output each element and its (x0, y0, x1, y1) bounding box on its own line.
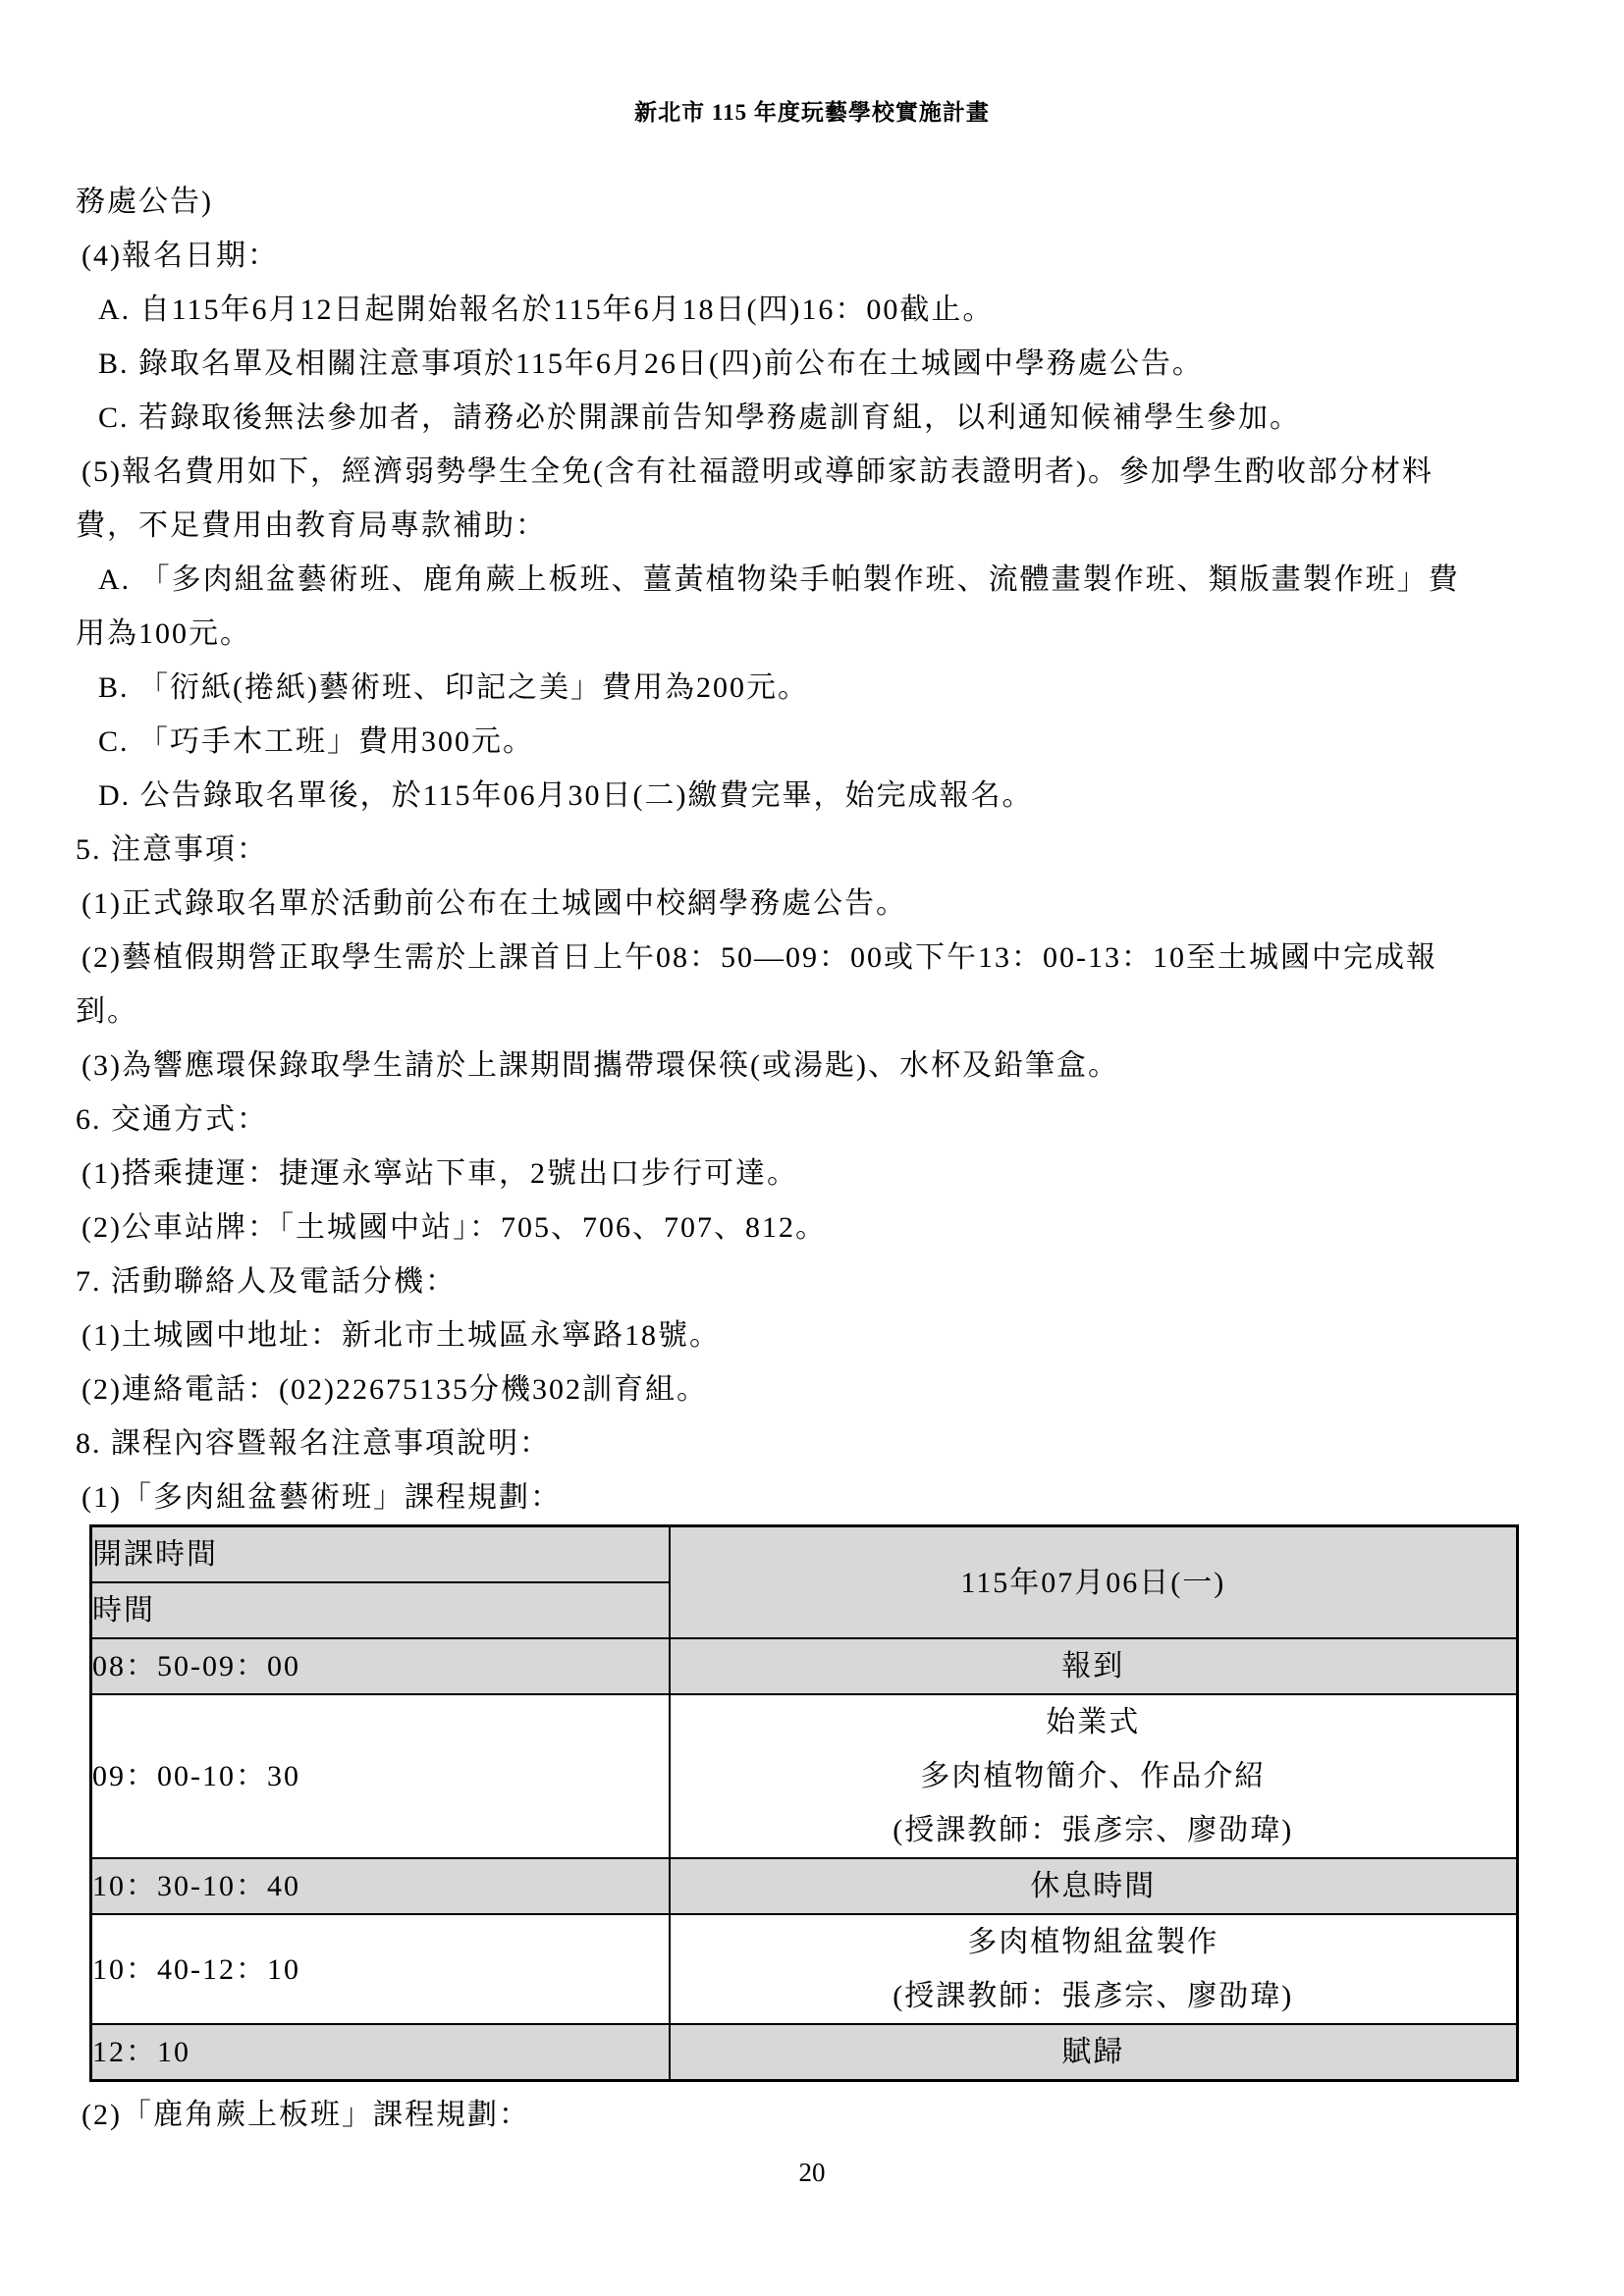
text-line: (1)正式錄取名單於活動前公布在土城國中校網學務處公告。 (76, 877, 1585, 931)
schedule-header-row-1: 開課時間 115年07月06日(一) (91, 1526, 1518, 1583)
content-line: (授課教師：張彥宗、廖劭瑋) (671, 1803, 1517, 1857)
content-line: 多肉植物簡介、作品介紹 (671, 1749, 1517, 1803)
text-line: A. 「多肉組盆藝術班、鹿角蕨上板班、薑黃植物染手帕製作班、流體畫製作班、類版畫… (76, 553, 1585, 607)
text-line: (1)土城國中地址：新北市土城區永寧路18號。 (76, 1308, 1585, 1362)
text-line: 務處公告) (76, 175, 1585, 229)
content-line: (授課教師：張彥宗、廖劭瑋) (671, 1969, 1517, 2023)
time-cell: 09：00-10：30 (91, 1694, 670, 1858)
document-body: 務處公告)(4)報名日期：A. 自115年6月12日起開始報名於115年6月18… (76, 175, 1585, 2142)
time-cell: 10：40-12：10 (91, 1914, 670, 2024)
text-line: (4)報名日期： (76, 229, 1585, 283)
time-cell: 08：50-09：00 (91, 1638, 670, 1694)
text-line: (3)為響應環保錄取學生請於上課期間攜帶環保筷(或湯匙)、水杯及鉛筆盒。 (76, 1039, 1585, 1093)
text-line: C. 「巧手木工班」費用300元。 (76, 715, 1585, 769)
schedule-row: 08：50-09：00報到 (91, 1638, 1518, 1694)
text-line: (5)報名費用如下，經濟弱勢學生全免(含有社福證明或導師家訪表證明者)。參加學生… (76, 445, 1585, 499)
content-cell: 報到 (670, 1638, 1518, 1694)
body-lines: 務處公告)(4)報名日期：A. 自115年6月12日起開始報名於115年6月18… (76, 175, 1585, 1524)
schedule-row: 10：40-12：10多肉植物組盆製作(授課教師：張彥宗、廖劭瑋) (91, 1914, 1518, 2024)
page-number: 20 (0, 2156, 1624, 2189)
time-cell: 12：10 (91, 2024, 670, 2081)
text-line: A. 自115年6月12日起開始報名於115年6月18日(四)16：00截止。 (76, 283, 1585, 337)
document-page: 新北市 115 年度玩藝學校實施計畫 務處公告)(4)報名日期：A. 自115年… (0, 0, 1624, 2296)
text-line: (2)連絡電話：(02)22675135分機302訓育組。 (76, 1362, 1585, 1416)
content-cell: 休息時間 (670, 1858, 1518, 1914)
next-section-line: (2)「鹿角蕨上板班」課程規劃： (76, 2088, 1585, 2142)
header-cell-course-time: 開課時間 (91, 1526, 670, 1583)
text-line: 費，不足費用由教育局專款補助： (76, 499, 1585, 553)
page-title: 新北市 115 年度玩藝學校實施計畫 (0, 0, 1624, 130)
schedule-row: 12：10賦歸 (91, 2024, 1518, 2081)
text-line: (2)藝植假期營正取學生需於上課首日上午08：50—09：00或下午13：00-… (76, 931, 1585, 985)
text-line: (1)搭乘捷運：捷運永寧站下車，2號出口步行可達。 (76, 1147, 1585, 1201)
content-cell: 始業式多肉植物簡介、作品介紹(授課教師：張彥宗、廖劭瑋) (670, 1694, 1518, 1858)
content-line: 賦歸 (671, 2025, 1517, 2079)
content-cell: 賦歸 (670, 2024, 1518, 2081)
content-line: 多肉植物組盆製作 (671, 1915, 1517, 1969)
content-line: 休息時間 (671, 1859, 1517, 1913)
content-line: 始業式 (671, 1695, 1517, 1749)
header-cell-date: 115年07月06日(一) (670, 1526, 1518, 1639)
text-line: B. 「衍紙(捲紙)藝術班、印記之美」費用為200元。 (76, 661, 1585, 715)
content-cell: 多肉植物組盆製作(授課教師：張彥宗、廖劭瑋) (670, 1914, 1518, 2024)
schedule-row: 09：00-10：30始業式多肉植物簡介、作品介紹(授課教師：張彥宗、廖劭瑋) (91, 1694, 1518, 1858)
course-schedule-table: 開課時間 115年07月06日(一) 時間 08：50-09：00報到09：00… (89, 1524, 1519, 2082)
text-line: (2)公車站牌：「土城國中站」：705、706、707、812。 (76, 1201, 1585, 1255)
header-cell-time: 時間 (91, 1582, 670, 1638)
time-cell: 10：30-10：40 (91, 1858, 670, 1914)
text-line: 5. 注意事項： (76, 823, 1585, 877)
text-line: 到。 (76, 985, 1585, 1039)
text-line: 6. 交通方式： (76, 1093, 1585, 1147)
schedule-row: 10：30-10：40休息時間 (91, 1858, 1518, 1914)
text-line: B. 錄取名單及相關注意事項於115年6月26日(四)前公布在土城國中學務處公告… (76, 337, 1585, 391)
text-line: 用為100元。 (76, 607, 1585, 661)
text-line: 8. 課程內容暨報名注意事項說明： (76, 1416, 1585, 1470)
content-line: 報到 (671, 1639, 1517, 1693)
text-line: 7. 活動聯絡人及電話分機： (76, 1255, 1585, 1308)
text-line: (1)「多肉組盆藝術班」課程規劃： (76, 1470, 1585, 1524)
text-line: D. 公告錄取名單後，於115年06月30日(二)繳費完畢，始完成報名。 (76, 769, 1585, 823)
text-line: C. 若錄取後無法參加者，請務必於開課前告知學務處訓育組，以利通知候補學生參加。 (76, 391, 1585, 445)
